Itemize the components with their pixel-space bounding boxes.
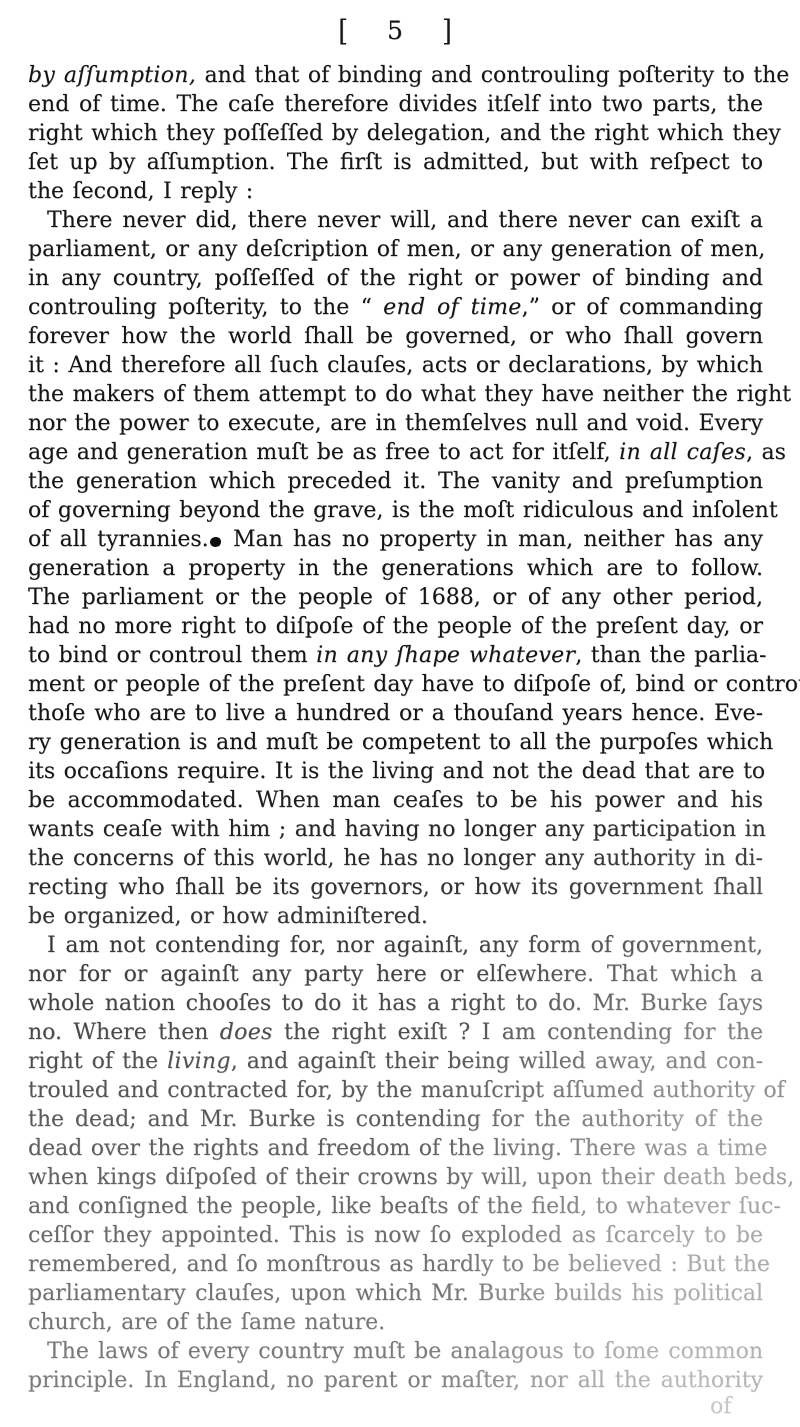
text-line: trouled and contracted for, by the manuſ… bbox=[28, 1076, 763, 1105]
text-line: controuling poſterity, to the “ end of t… bbox=[28, 293, 763, 322]
text-line: The laws of every country muſt be analag… bbox=[28, 1337, 763, 1366]
text-line: of governing beyond the grave, is the mo… bbox=[28, 496, 763, 525]
text-line: end of time. The caſe therefore divides … bbox=[28, 90, 763, 119]
paragraph-3: I am not contending for, nor againſt, an… bbox=[28, 931, 763, 1337]
text-line: had no more right to diſpoſe of the peop… bbox=[28, 612, 763, 641]
text-line: no. Where then does the right exiſt ? I … bbox=[28, 1018, 763, 1047]
text-line: ry generation is and muſt be competent t… bbox=[28, 728, 763, 757]
paragraph-4: The laws of every country muſt be analag… bbox=[28, 1337, 763, 1395]
text-line: dead over the rights and freedom of the … bbox=[28, 1134, 763, 1163]
text-line: right which they poſſeſſed by delegation… bbox=[28, 119, 763, 148]
text-line: whole nation chooſes to do it has a righ… bbox=[28, 989, 763, 1018]
text-line: the concerns of this world, he has no lo… bbox=[28, 844, 763, 873]
folio-bracket-right: ] bbox=[442, 14, 453, 47]
text-line: nor for or againſt any party here or elſ… bbox=[28, 960, 763, 989]
paragraph-2: There never did, there never will, and t… bbox=[28, 206, 763, 931]
text-line: ſet up by aſſumption. The firſt is admit… bbox=[28, 148, 763, 177]
text-line: thoſe who are to live a hundred or a tho… bbox=[28, 699, 763, 728]
text-line: be organized, or how adminiſtered. bbox=[28, 902, 763, 931]
text-line: generation a property in the generations… bbox=[28, 554, 763, 583]
text-line: forever how the world ſhall be governed,… bbox=[28, 322, 763, 351]
text-line: ment or people of the preſent day have t… bbox=[28, 670, 763, 699]
page-body: by aſſumption, and that of binding and c… bbox=[28, 61, 763, 1395]
text-line: its occaſions require. It is the living … bbox=[28, 757, 763, 786]
text-line: There never did, there never will, and t… bbox=[28, 206, 763, 235]
text-line: age and generation muſt be as free to ac… bbox=[28, 438, 763, 467]
text-line: in any country, poſſeſſed of the right o… bbox=[28, 264, 763, 293]
text-line: the dead; and Mr. Burke is contending fo… bbox=[28, 1105, 763, 1134]
text-line: remembered, and ſo monſtrous as hardly t… bbox=[28, 1250, 763, 1279]
text-line: parliament, or any deſcription of men, o… bbox=[28, 235, 763, 264]
book-page-scan: [ 5 ] by aſſumption, and that of binding… bbox=[0, 0, 800, 1427]
text-line: wants ceaſe with him ; and having no lon… bbox=[28, 815, 763, 844]
text-line: The parliament or the people of 1688, or… bbox=[28, 583, 763, 612]
text-line: by aſſumption, and that of binding and c… bbox=[28, 61, 763, 90]
text-line: the ſecond, I reply : bbox=[28, 177, 763, 206]
paragraph-1: by aſſumption, and that of binding and c… bbox=[28, 61, 763, 206]
folio-bracket-left: [ bbox=[338, 14, 349, 47]
page-header: [ 5 ] bbox=[28, 16, 763, 45]
catchword: of bbox=[710, 1392, 731, 1421]
text-line: it : And therefore all ſuch clauſes, act… bbox=[28, 351, 763, 380]
text-line: right of the living, and againſt their b… bbox=[28, 1047, 763, 1076]
text-line: to bind or controul them in any ſhape wh… bbox=[28, 641, 763, 670]
text-line: when kings diſpoſed of their crowns by w… bbox=[28, 1163, 763, 1192]
text-line: of all tyrannies. Man has no property in… bbox=[28, 525, 763, 554]
text-line: I am not contending for, nor againſt, an… bbox=[28, 931, 763, 960]
text-line: principle. In England, no parent or maſt… bbox=[28, 1366, 763, 1395]
text-line: ceſſor they appointed. This is now ſo ex… bbox=[28, 1221, 763, 1250]
text-line: be accommodated. When man ceaſes to be h… bbox=[28, 786, 763, 815]
text-line: nor the power to execute, are in themſel… bbox=[28, 409, 763, 438]
text-line: parliamentary clauſes, upon which Mr. Bu… bbox=[28, 1279, 763, 1308]
text-line: church, are of the ſame nature. bbox=[28, 1308, 763, 1337]
ink-blot bbox=[210, 537, 221, 547]
text-line: the makers of them attempt to do what th… bbox=[28, 380, 763, 409]
text-line: and conſigned the people, like beaſts of… bbox=[28, 1192, 763, 1221]
text-line: recting who ſhall be its governors, or h… bbox=[28, 873, 763, 902]
text-line: the generation which preceded it. The va… bbox=[28, 467, 763, 496]
page-number: 5 bbox=[387, 16, 404, 45]
